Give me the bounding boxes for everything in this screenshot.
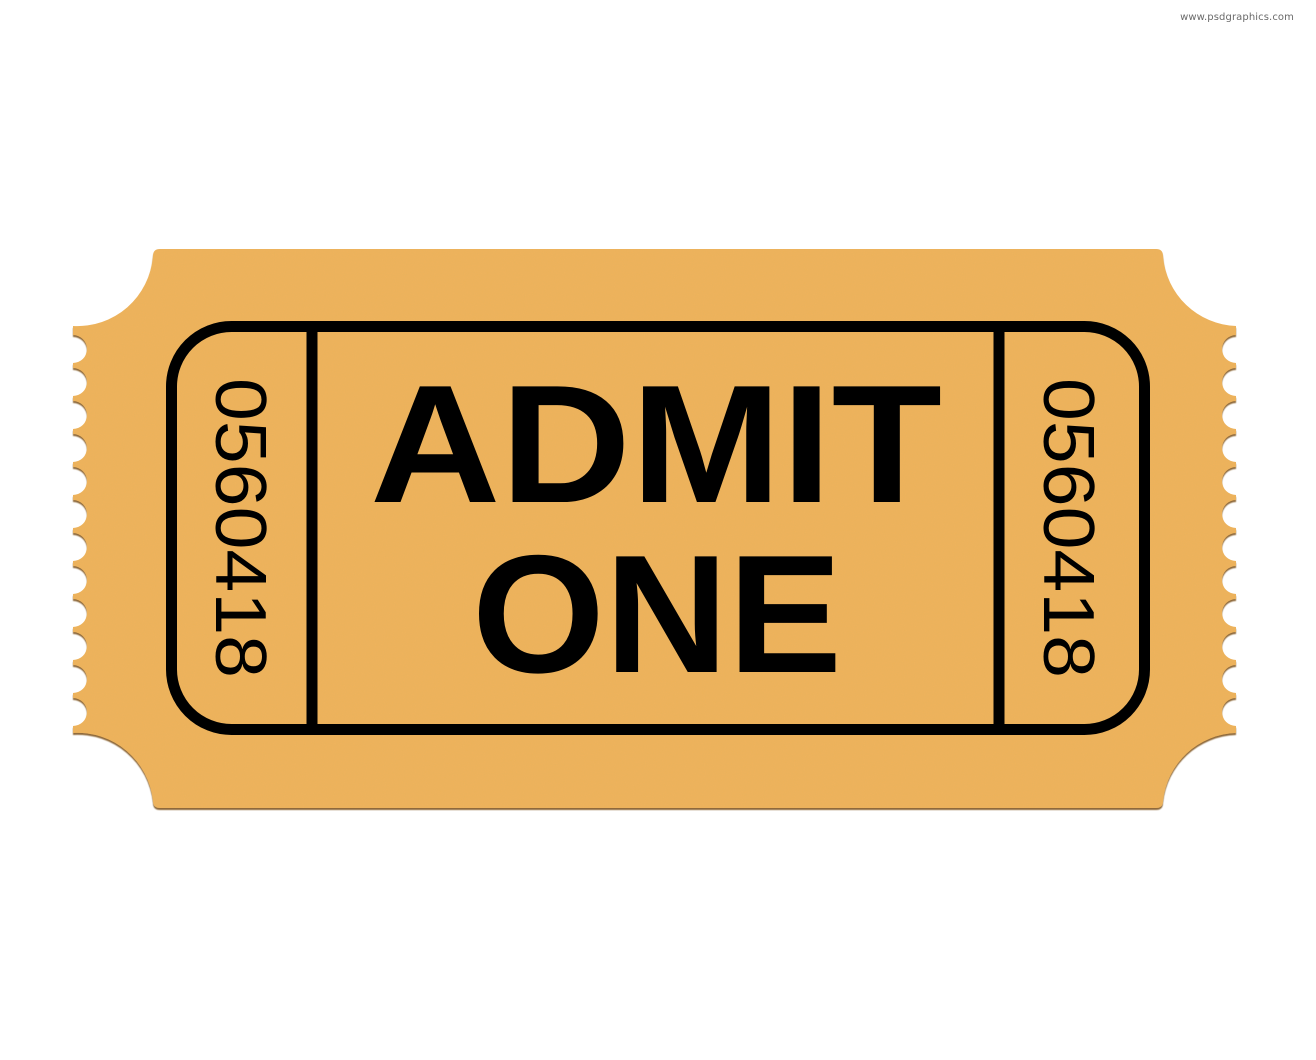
headline-admit: ADMIT — [370, 350, 942, 538]
serial-number-left: 0560418 — [200, 378, 280, 678]
headline-one: ONE — [472, 520, 842, 708]
canvas: www.psdgraphics.com AD — [0, 0, 1316, 1060]
admit-one-ticket: ADMIT ONE 0560418 0560418 — [0, 0, 1316, 1060]
serial-number-right: 0560418 — [1028, 378, 1108, 678]
